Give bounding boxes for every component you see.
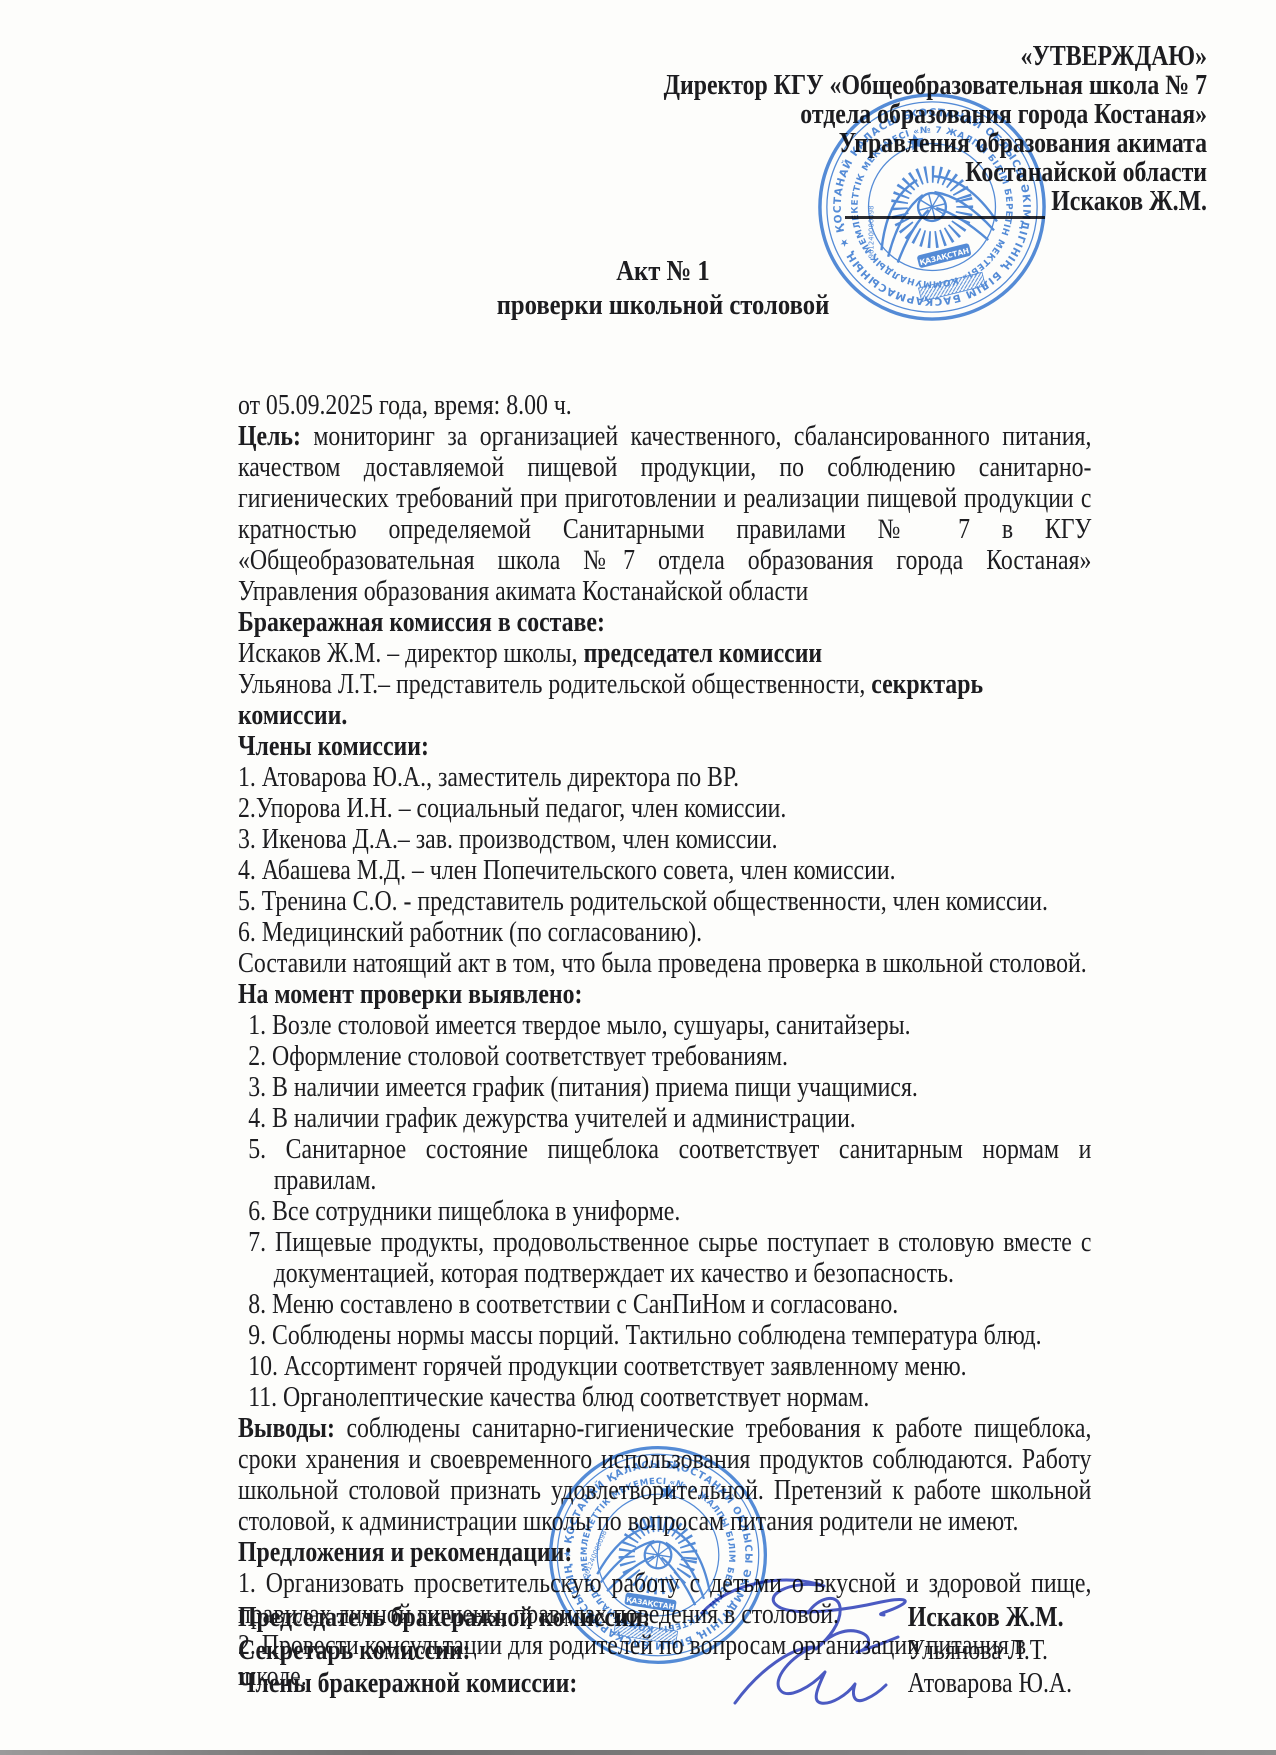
title-subject: проверки школьной столовой bbox=[238, 288, 1088, 322]
finding-item: 6. Все сотрудники пищеблока в униформе. bbox=[238, 1196, 1091, 1227]
member-item: 4. Абашева М.Д. – член Попечительского с… bbox=[238, 855, 1091, 886]
approval-line-director: Директор КГУ «Общеобразовательная школа … bbox=[561, 71, 1207, 100]
approval-line-oblast: Костанайской области bbox=[561, 158, 1207, 187]
goal-text: мониторинг за организацией качественного… bbox=[238, 421, 1091, 607]
scan-edge bbox=[0, 1750, 1276, 1755]
commission-header: Бракеражная комиссия в составе: bbox=[238, 607, 1091, 638]
finding-item: 3. В наличии имеется график (питания) пр… bbox=[238, 1072, 1091, 1103]
signature-row-chairman: Председатель бракеражной комиссии: Искак… bbox=[238, 1601, 1091, 1634]
recommendations-header: Предложения и рекомендации: bbox=[238, 1537, 1091, 1568]
signature-label: Члены бракеражной комиссии: bbox=[238, 1668, 577, 1699]
conclusions-text: соблюдены санитарно-гигиенические требов… bbox=[238, 1413, 1091, 1537]
signature-name: Ульянова Л.Т. bbox=[908, 1634, 1048, 1667]
finding-item: 9. Соблюдены нормы массы порций. Тактиль… bbox=[238, 1320, 1091, 1351]
findings-header: На момент проверки выявлено: bbox=[238, 979, 1091, 1010]
member-item: 2.Упорова И.Н. – социальный педагог, чле… bbox=[238, 793, 1091, 824]
goal-paragraph: Цель: мониторинг за организацией качеств… bbox=[238, 421, 1091, 607]
finding-item: 2. Оформление столовой соответствует тре… bbox=[238, 1041, 1091, 1072]
finding-item: 5. Санитарное состояние пищеблока соотве… bbox=[238, 1134, 1091, 1196]
signature-row-members: Члены бракеражной комиссии: Атоварова Ю.… bbox=[238, 1667, 1091, 1700]
signature-row-secretary: Секретарь комиссии: Ульянова Л.Т. bbox=[238, 1634, 1091, 1667]
secretary-text: Ульянова Л.Т.– представитель родительско… bbox=[238, 669, 871, 700]
signature-block: Председатель бракеражной комиссии: Искак… bbox=[238, 1601, 1091, 1731]
finding-item: 4. В наличии график дежурства учителей и… bbox=[238, 1103, 1091, 1134]
finding-item: 7. Пищевые продукты, продовольственное с… bbox=[238, 1227, 1091, 1289]
act-statement: Составили натоящий акт в том, что была п… bbox=[238, 948, 1091, 979]
goal-label: Цель: bbox=[238, 421, 301, 452]
title-act-number: Акт № 1 bbox=[238, 254, 1088, 288]
signature-label: Секретарь комиссии: bbox=[238, 1635, 470, 1666]
chairman-role: председател комиссии bbox=[584, 638, 823, 669]
members-header: Члены комиссии: bbox=[238, 731, 1091, 762]
secretary-line: Ульянова Л.Т.– представитель родительско… bbox=[238, 669, 1091, 731]
conclusions-paragraph: Выводы: соблюдены санитарно-гигиенически… bbox=[238, 1413, 1091, 1537]
document-page: «УТВЕРЖДАЮ» Директор КГУ «Общеобразовате… bbox=[0, 0, 1276, 1755]
chairman-line: Искаков Ж.М. – директор школы, председат… bbox=[238, 638, 1091, 669]
conclusions-label: Выводы: bbox=[238, 1413, 335, 1444]
finding-item: 10. Ассортимент горячей продукции соотве… bbox=[238, 1351, 1091, 1382]
approval-director-name: Искаков Ж.М. bbox=[1051, 186, 1207, 217]
date-line: от 05.09.2025 года, время: 8.00 ч. bbox=[238, 390, 1091, 421]
member-item: 1. Атоварова Ю.А., заместитель директора… bbox=[238, 762, 1091, 793]
document-body: от 05.09.2025 года, время: 8.00 ч. Цель:… bbox=[238, 390, 1091, 1692]
finding-item: 8. Меню составлено в соответствии с СанП… bbox=[238, 1289, 1091, 1320]
member-item: 6. Медицинский работник (по согласованию… bbox=[238, 917, 1091, 948]
signature-name: Искаков Ж.М. bbox=[908, 1601, 1064, 1634]
signature-underline bbox=[845, 196, 1045, 219]
member-item: 3. Икенова Д.А.– зав. производством, чле… bbox=[238, 824, 1091, 855]
document-title: Акт № 1 проверки школьной столовой bbox=[238, 254, 1088, 322]
member-item: 5. Тренина С.О. - представитель родитель… bbox=[238, 886, 1091, 917]
approval-line-utverzhdayu: «УТВЕРЖДАЮ» bbox=[561, 42, 1207, 71]
finding-item: 11. Органолептические качества блюд соот… bbox=[238, 1382, 1091, 1413]
approval-line-upravlenie: Управления образования акимата bbox=[561, 129, 1207, 158]
approval-block: «УТВЕРЖДАЮ» Директор КГУ «Общеобразовате… bbox=[561, 42, 1207, 216]
approval-line-otdel: отдела образования города Костаная» bbox=[561, 100, 1207, 129]
chairman-text: Искаков Ж.М. – директор школы, bbox=[238, 638, 584, 669]
signature-name: Атоварова Ю.А. bbox=[908, 1667, 1072, 1700]
signature-label: Председатель бракеражной комиссии: bbox=[238, 1602, 650, 1633]
finding-item: 1. Возле столовой имеется твердое мыло, … bbox=[238, 1010, 1091, 1041]
